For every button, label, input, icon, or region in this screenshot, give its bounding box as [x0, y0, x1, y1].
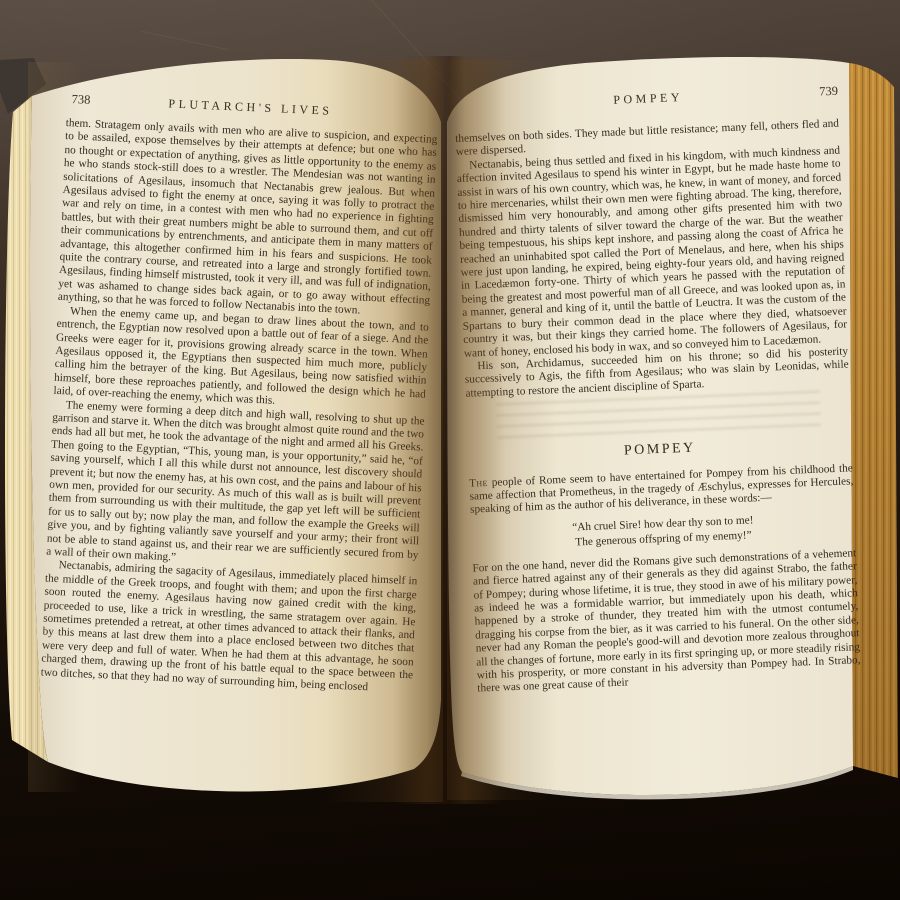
paragraph: The people of Rome seem to have entertai…: [469, 462, 854, 518]
paragraph: Nectanabis, being thus settled and fixed…: [456, 144, 848, 360]
running-header-right: POMPEY: [613, 90, 683, 108]
paragraph: Nectanabis, admiring the sagacity of Age…: [40, 559, 417, 696]
paragraph: them. Stratagem only avails with men who…: [57, 117, 437, 321]
page-number-left: 738: [71, 92, 90, 108]
intro-text: people of Rome seem to have entertained …: [469, 462, 853, 516]
verse-quotation: “Ah cruel Sire! how dear thy son to me! …: [471, 509, 856, 554]
right-page-text-column: themselves on both sides. They made but …: [455, 118, 861, 697]
lead-word-small-caps: The: [469, 477, 488, 490]
page-number-right: 739: [819, 84, 838, 100]
paragraph: For on the one hand, never did the Roman…: [472, 547, 861, 696]
left-page-text-column: them. Stratagem only avails with men who…: [40, 117, 437, 696]
paragraph: When the enemy came up, and began to dra…: [53, 304, 429, 415]
paragraph: The enemy were forming a deep ditch and …: [46, 398, 425, 576]
